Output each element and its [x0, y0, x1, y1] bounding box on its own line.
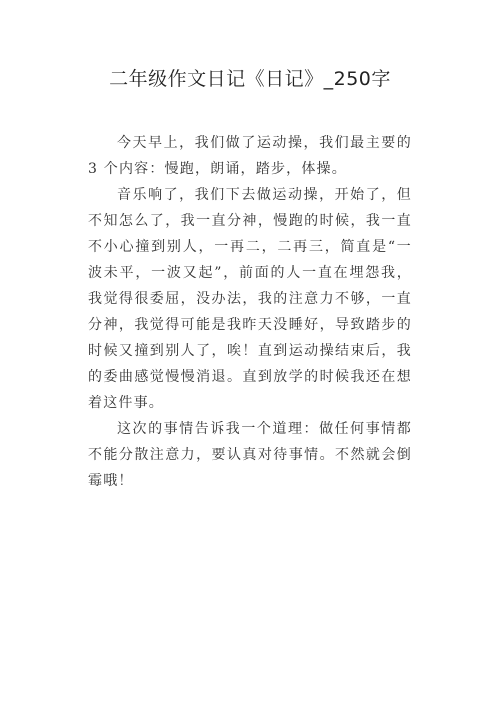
paragraph: 这次的事情告诉我一个道理：做任何事情都不能分散注意力，要认真对待事情。不然就会倒…	[88, 416, 412, 494]
document-body: 今天早上，我们做了运动操，我们最主要的 3 个内容：慢跑，朗诵，踏步，体操。 音…	[88, 130, 412, 494]
paragraph: 音乐响了，我们下去做运动操，开始了，但不知怎么了，我一直分神，慢跑的时候，我一直…	[88, 182, 412, 416]
document-title: 二年级作文日记《日记》_250字	[0, 64, 500, 91]
paragraph: 今天早上，我们做了运动操，我们最主要的 3 个内容：慢跑，朗诵，踏步，体操。	[88, 130, 412, 182]
